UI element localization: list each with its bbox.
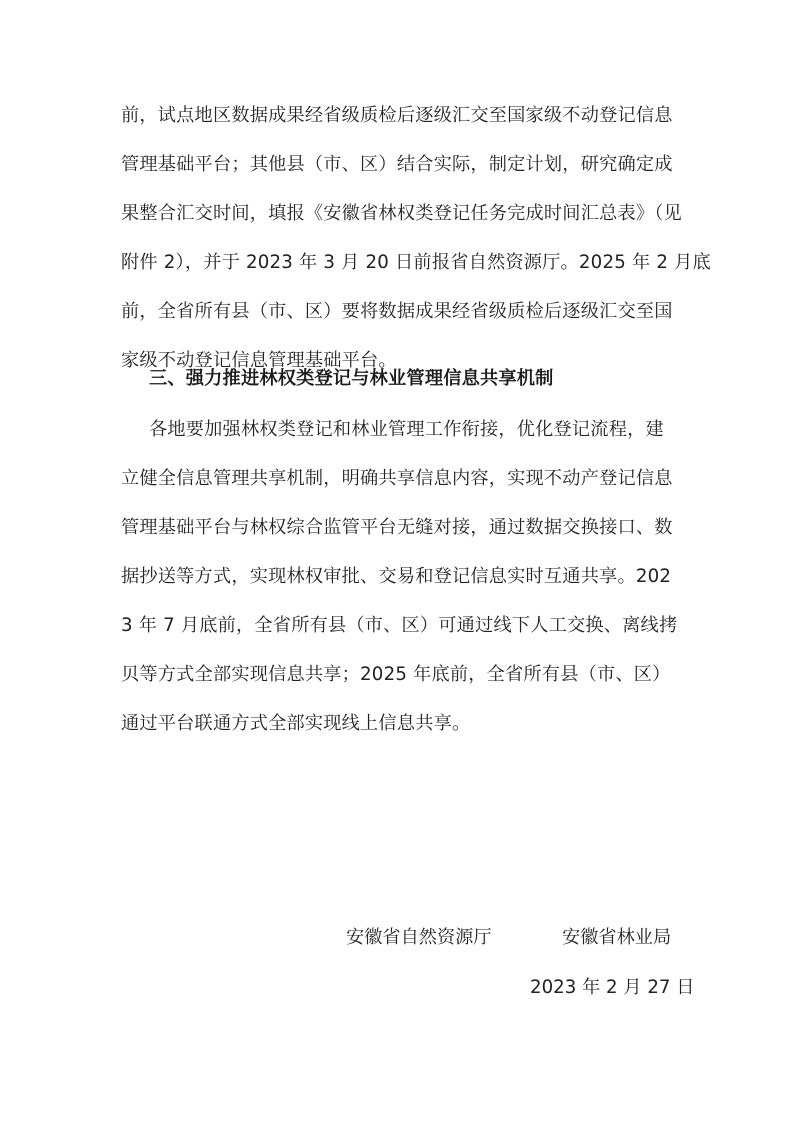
- text-line: 管理基础平台；其他县（市、区）结合实际，制定计划，研究确定成: [121, 153, 681, 177]
- text-line: 据抄送等方式，实现林权审批、交易和登记信息实时互通共享。202: [121, 565, 681, 589]
- text-line: 各地要加强林权类登记和林业管理工作衔接，优化登记流程，建: [149, 418, 709, 442]
- document-page: 前，试点地区数据成果经省级质检后逐级汇交至国家级不动登记信息 管理基础平台；其他…: [0, 0, 793, 1122]
- text-line: 附件 2），并于 2023 年 3 月 20 日前报省自然资源厅。2025 年 …: [121, 251, 681, 275]
- text-line: 通过平台联通方式全部实现线上信息共享。: [121, 712, 681, 736]
- text-line: 前，试点地区数据成果经省级质检后逐级汇交至国家级不动登记信息: [121, 104, 681, 128]
- text-line: 管理基础平台与林权综合监管平台无缝对接，通过数据交换接口、数: [121, 516, 681, 540]
- issuer-natural-resources-dept: 安徽省自然资源厅: [346, 926, 492, 950]
- text-line: 前，全省所有县（市、区）要将数据成果经省级质检后逐级汇交至国: [121, 300, 681, 324]
- text-line: 贝等方式全部实现信息共享；2025 年底前，全省所有县（市、区）: [121, 663, 681, 687]
- issue-date: 2023 年 2 月 27 日: [530, 976, 694, 1000]
- text-line: 3 年 7 月底前，全省所有县（市、区）可通过线下人工交换、离线拷: [121, 614, 681, 638]
- issuer-forestry-bureau: 安徽省林业局: [562, 926, 671, 950]
- text-line: 果整合汇交时间，填报《安徽省林权类登记任务完成时间汇总表》（见: [121, 202, 681, 226]
- text-line: 立健全信息管理共享机制，明确共享信息内容，实现不动产登记信息: [121, 467, 681, 491]
- section-heading: 三、强力推进林权类登记与林业管理信息共享机制: [149, 367, 554, 391]
